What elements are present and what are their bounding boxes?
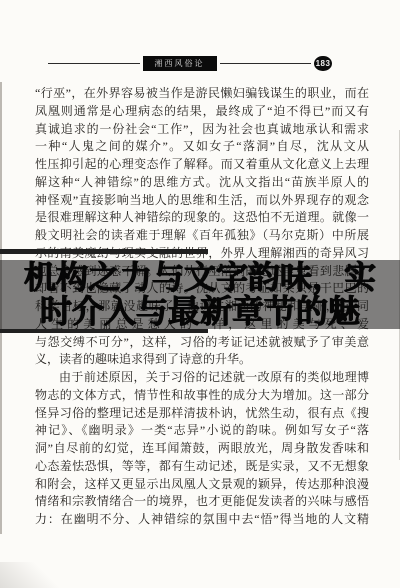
text-line: “行巫”，在外界容易被当作是游民懒妇骗钱谋生的职业，而在 — [35, 85, 369, 103]
text-line: 凤凰则通常是心理病态的结果，最终成了“迫不得已”而又有 — [35, 103, 369, 121]
text-line: 真诚追求的一份社会“工作”，因为社会也真诚地承认和需求 — [35, 121, 369, 139]
text-line: 般文明社会的读者难于理解《百年孤独》（马尔克斯）中所展 — [35, 227, 369, 245]
text-line: 情绪和宗教情绪合一的境界，也才更能促发读者的兴味与感悟 — [35, 493, 369, 511]
scan-corner-shadow — [0, 562, 60, 588]
text-line: 一种“人鬼之间的媒介”。又如女子“落洞”自尽，沈从文从 — [35, 138, 369, 156]
banner-caption-line-1: 机构之力与文字韵味，实 — [0, 261, 400, 295]
header-title-box: 湘西风俗论 — [143, 56, 217, 71]
text-line: 性压抑引起的心理变态作了解释。而又着重从文化意义上去理 — [35, 156, 369, 174]
text-line: 心态羞怯恐惧，等等，都有生动记述，既是实录，又不无想象 — [35, 458, 369, 476]
page-number-badge: 183 — [314, 56, 332, 72]
text-line: 神记》、《幽明录》一类“志异”小说的韵味。例如写女子“落 — [35, 422, 369, 440]
text-line: 与怨交缚不可分”，这样，习俗的考证记述就被赋予了审美意 — [35, 334, 369, 352]
text-line: 物志的文体方式，情节性和故事性的成分大为增加。这一部分 — [35, 387, 369, 405]
text-line: 由于前述原因，关于习俗的记述就一改原有的类似地理博 — [35, 369, 369, 387]
banner-caption[interactable]: 机构之力与文字韵味，实 时介入与最新章节的魅 — [0, 261, 400, 328]
text-line: 神怪观”直接影响当地人的思维和生活，而以外界现存的观念 — [35, 192, 369, 210]
header-rule-left — [48, 63, 140, 64]
text-line: 怪异习俗的整理记述是那样清拔朴讷，忧然生动，很有点《搜 — [35, 405, 369, 423]
text-line: 和附会，这样又更显示出凤凰人文景观的颖异，传达那种浪漫 — [35, 476, 369, 494]
scanned-book-page: 湘西风俗论 183 “行巫”，在外界容易被当作是游民懒妇骗钱谋生的职业，而在凤凰… — [0, 0, 400, 588]
text-line: 是很难理解这种人神错综的现象的。这恐怕不无道理。就像一 — [35, 209, 369, 227]
text-line: 力：在幽明不分、人神错综的氛围中去“悟”得当地的人文精 — [35, 511, 369, 529]
text-line: 洞”自尽前的幻觉，连耳闻箫鼓，两眼放光，周身散发香味和 — [35, 440, 369, 458]
header-rule-right — [220, 63, 312, 64]
banner-overlay-top-edge — [0, 249, 208, 254]
text-line: 解这种“人神错综”的思维方式。沈从文指出“苗族半原人的 — [35, 174, 369, 192]
running-header: 湘西风俗论 183 — [48, 55, 332, 72]
banner-caption-line-2: 时介入与最新章节的魅 — [0, 295, 400, 329]
text-line: 义，读者的趣味追求得到了诗意的升华。 — [35, 351, 369, 369]
